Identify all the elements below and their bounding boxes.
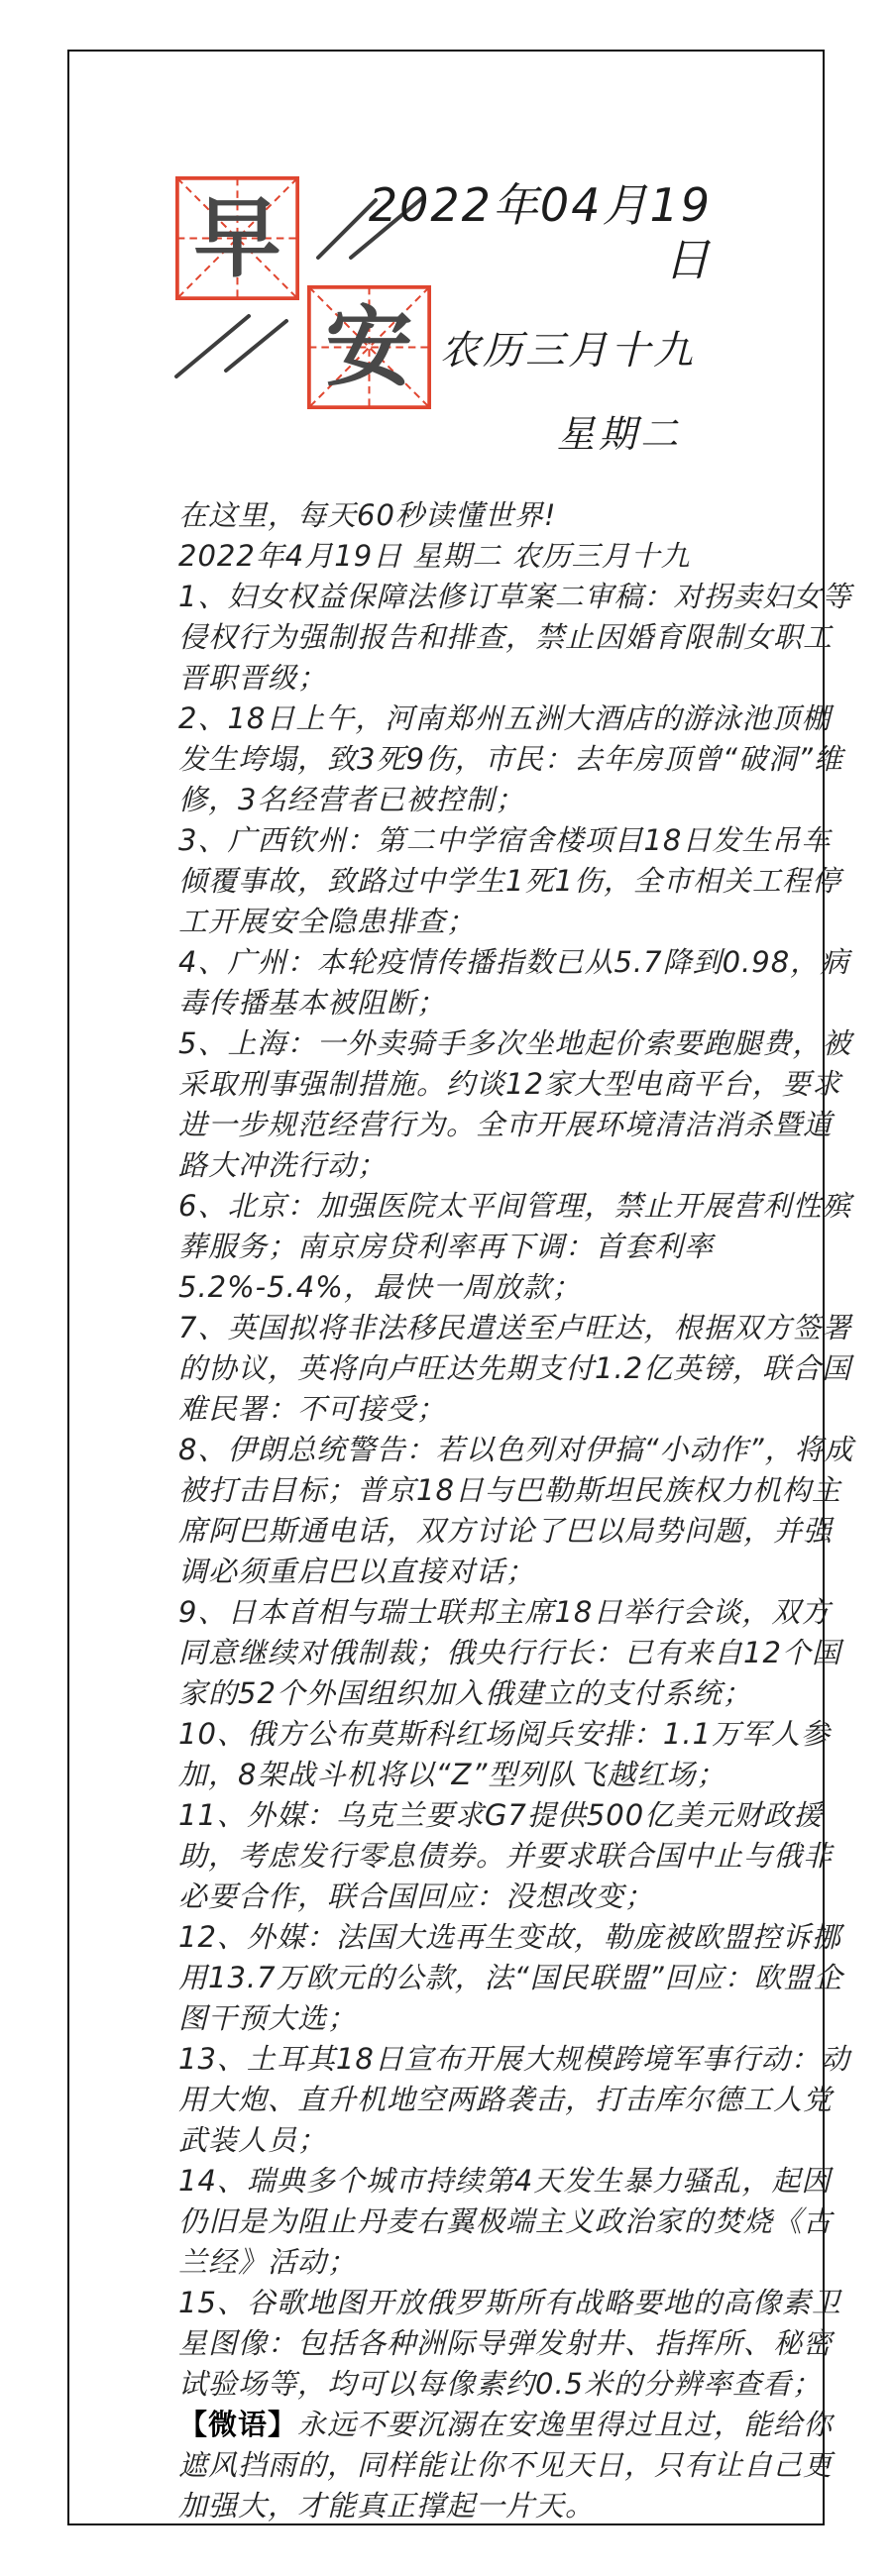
news-item: 8、伊朗总统警告：若以色列对伊搞“小动作”，将成被打击目标；普京18日与巴勒斯坦…	[178, 1430, 860, 1592]
news-item: 6、北京：加强医院太平间管理，禁止开展营利性殡葬服务；南京房贷利率再下调：首套利…	[178, 1186, 860, 1308]
news-item: 10、俄方公布莫斯科红场阅兵安排：1.1万军人参加，8架战斗机将以“Z”型列队飞…	[178, 1714, 860, 1795]
intro-dateline: 2022年4月19日 星期二 农历三月十九	[178, 536, 860, 577]
news-item: 9、日本首相与瑞士联邦主席18日举行会谈，双方同意继续对俄制裁；俄央行行长：已有…	[178, 1592, 860, 1714]
outer-border-frame: 早 安 202	[67, 50, 825, 2525]
morning-news-card: 早 安 202	[0, 0, 892, 2576]
news-item: 5、上海：一外卖骑手多次坐地起价索要跑腿费，被采取刑事强制措施。约谈12家大型电…	[178, 1023, 860, 1186]
news-item: 4、广州：本轮疫情传播指数已从5.7降到0.98，病毒传播基本被阻断；	[178, 942, 860, 1023]
news-item: 14、瑞典多个城市持续第4天发生暴力骚乱，起因仍旧是为阻止丹麦右翼极端主义政治家…	[178, 2161, 860, 2283]
news-item: 1、妇女权益保障法修订草案二审稿：对拐卖妇女等侵权行为强制报告和排查，禁止因婚育…	[178, 577, 860, 698]
logo-char-zao: 早	[175, 176, 299, 300]
date-text: 2022年04月19日	[345, 178, 712, 287]
news-item: 7、英国拟将非法移民遣送至卢旺达，根据双方签署的协议，英将向卢旺达先期支付1.2…	[178, 1308, 860, 1430]
intro-slogan: 在这里，每天60秒读懂世界!	[178, 495, 860, 536]
news-item: 13、土耳其18日宣布开展大规模跨境军事行动：动用大炮、直升机地空两路袭击，打击…	[178, 2039, 860, 2161]
weiyu-label: 【微语】	[178, 2408, 297, 2441]
news-item: 15、谷歌地图开放俄罗斯所有战略要地的高像素卫星图像：包括各种洲际导弹发射井、指…	[178, 2283, 860, 2405]
weekday-text: 星期二	[345, 412, 712, 458]
news-item: 2、18日上午，河南郑州五洲大酒店的游泳池顶棚发生垮塌，致3死9伤，市民：去年房…	[178, 698, 860, 820]
news-item: 12、外媒：法国大选再生变故，勒庞被欧盟控诉挪用13.7万欧元的公款，法“国民联…	[178, 1917, 860, 2039]
double-slash-icon	[171, 311, 290, 380]
weiyu-quote: 【微语】永远不要沉溺在安逸里得过且过，能给你遮风挡雨的，同样能让你不见天日，只有…	[178, 2405, 860, 2526]
news-body: 在这里，每天60秒读懂世界! 2022年4月19日 星期二 农历三月十九 1、妇…	[178, 495, 860, 2526]
header-date-block: 2022年04月19日 农历三月十九 星期二	[345, 178, 712, 458]
lunar-date-text: 农历三月十九	[345, 327, 712, 375]
news-item: 11、外媒：乌克兰要求G7提供500亿美元财政援助，考虑发行零息债券。并要求联合…	[178, 1795, 860, 1917]
logo-grid-box-zao: 早	[175, 176, 299, 300]
news-item: 3、广西钦州：第二中学宿舍楼项目18日发生吊车倾覆事故，致路过中学生1死1伤，全…	[178, 820, 860, 942]
